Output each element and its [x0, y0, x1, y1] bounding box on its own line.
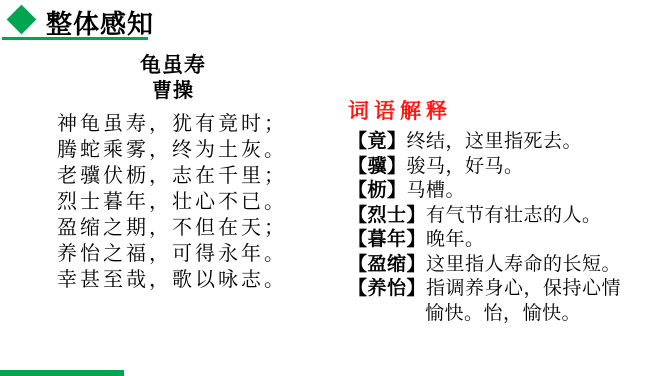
poem-line: 神龟虽寿，犹有竟时；	[57, 110, 289, 136]
glossary-entry: 【枥】马槽。	[348, 178, 660, 203]
glossary-term: 【烈士】	[348, 204, 426, 226]
poem-line: 养怡之福，可得永年。	[57, 240, 289, 266]
glossary-entry-continuation: 愉快。怡，愉快。	[348, 301, 660, 326]
poem-title: 龟虽寿	[57, 52, 289, 78]
glossary-definition: 这里指人寿命的长短。	[426, 253, 621, 275]
glossary-term: 【竟】	[348, 130, 407, 152]
glossary-entry: 【骥】骏马，好马。	[348, 154, 660, 179]
glossary-definition: 愉快。怡，愉快。	[425, 302, 581, 324]
glossary-entry: 【养怡】指调养身心，保持心情	[348, 276, 660, 301]
glossary-entries: 【竟】终结，这里指死去。 【骥】骏马，好马。 【枥】马槽。 【烈士】有气节有壮志…	[348, 129, 660, 325]
glossary-term: 【骥】	[348, 155, 407, 177]
poem-line: 幸甚至哉，歌以咏志。	[57, 266, 289, 292]
poem-line: 腾蛇乘雾，终为土灰。	[57, 136, 289, 162]
glossary-block: 词语解释 【竟】终结，这里指死去。 【骥】骏马，好马。 【枥】马槽。 【烈士】有…	[348, 100, 660, 325]
glossary-definition: 晚年。	[426, 228, 485, 250]
glossary-definition: 马槽。	[407, 179, 466, 201]
glossary-title: 词语解释	[348, 100, 660, 124]
glossary-term: 【枥】	[348, 179, 407, 201]
glossary-term: 【暮年】	[348, 228, 426, 250]
poem-lines: 神龟虽寿，犹有竟时； 腾蛇乘雾，终为土灰。 老骥伏枥，志在千里； 烈士暮年，壮心…	[57, 110, 289, 292]
section-title: 整体感知	[46, 4, 154, 41]
glossary-term: 【盈缩】	[348, 253, 426, 275]
poem-line: 盈缩之期，不但在天；	[57, 214, 289, 240]
glossary-entry: 【烈士】有气节有壮志的人。	[348, 203, 660, 228]
header-underline	[2, 37, 148, 40]
poem-line: 老骥伏枥，志在千里；	[57, 162, 289, 188]
slide: 整体感知 龟虽寿 曹操 神龟虽寿，犹有竟时； 腾蛇乘雾，终为土灰。 老骥伏枥，志…	[0, 0, 668, 376]
glossary-term: 【养怡】	[348, 277, 426, 299]
poem-block: 龟虽寿 曹操 神龟虽寿，犹有竟时； 腾蛇乘雾，终为土灰。 老骥伏枥，志在千里； …	[57, 52, 289, 292]
glossary-entry: 【竟】终结，这里指死去。	[348, 129, 660, 154]
glossary-entry: 【暮年】晚年。	[348, 227, 660, 252]
diamond-icon	[7, 5, 37, 35]
glossary-definition: 终结，这里指死去。	[407, 130, 583, 152]
poem-author: 曹操	[57, 78, 289, 103]
glossary-definition: 指调养身心，保持心情	[426, 277, 621, 299]
slide-header: 整体感知	[0, 0, 320, 42]
glossary-entry: 【盈缩】这里指人寿命的长短。	[348, 252, 660, 277]
poem-line: 烈士暮年，壮心不已。	[57, 188, 289, 214]
bottom-accent-bar	[0, 370, 124, 376]
glossary-definition: 有气节有壮志的人。	[426, 204, 602, 226]
glossary-definition: 骏马，好马。	[407, 155, 524, 177]
